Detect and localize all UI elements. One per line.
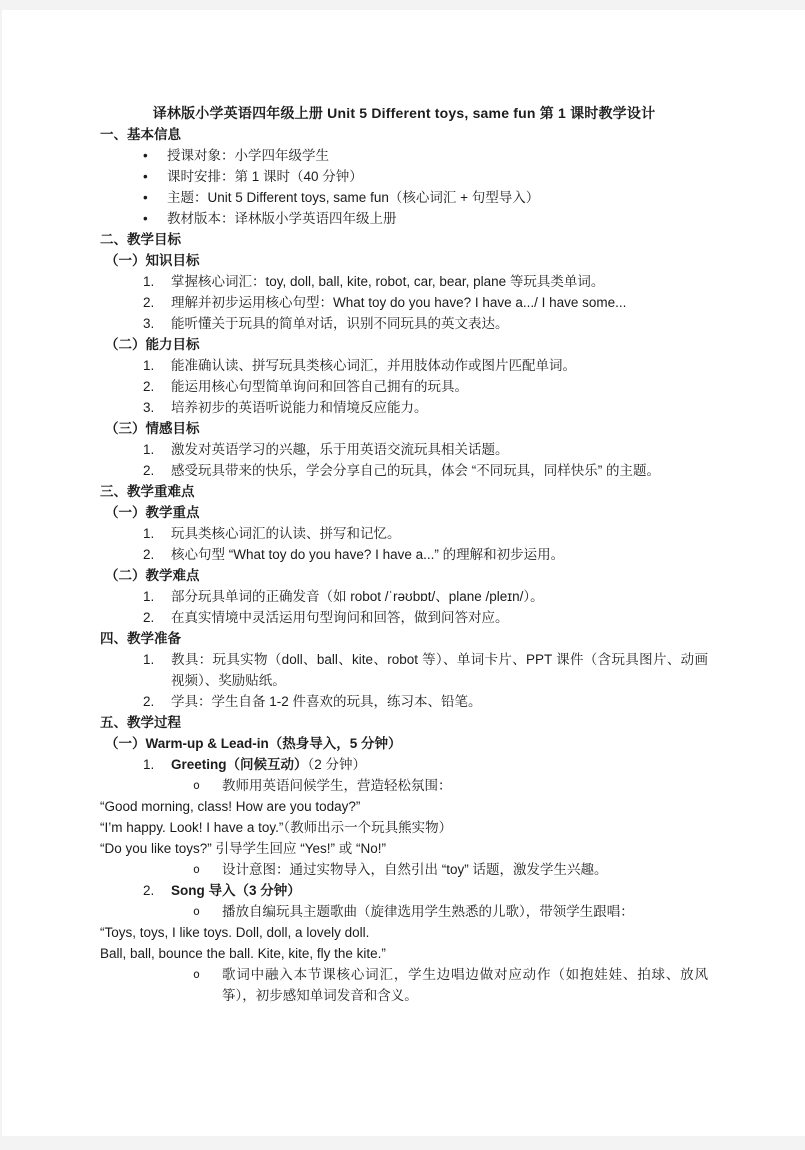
numbered-item: 2. 在真实情境中灵活运用句型询问和回答，做到问答对应。: [100, 607, 708, 628]
sub-item: o 设计意图：通过实物导入，自然引出 “toy” 话题，激发学生兴趣。: [100, 859, 708, 880]
numbered-item: 1. 掌握核心词汇：toy, doll, ball, kite, robot, …: [100, 271, 708, 292]
item-number: 3.: [143, 313, 171, 334]
subsection-heading-ability-goals: （二）能力目标: [100, 334, 708, 355]
numbered-item: 2. 能运用核心句型简单询问和回答自己拥有的玩具。: [100, 376, 708, 397]
numbered-item: 3. 培养初步的英语听说能力和情境反应能力。: [100, 397, 708, 418]
item-number: 2.: [143, 691, 171, 712]
item-number: 1.: [143, 523, 171, 544]
numbered-item: 3. 能听懂关于玩具的简单对话，识别不同玩具的英文表达。: [100, 313, 708, 334]
numbered-item-text: 在真实情境中灵活运用句型询问和回答，做到问答对应。: [171, 607, 708, 628]
doc-title: 译林版小学英语四年级上册 Unit 5 Different toys, same…: [100, 103, 708, 124]
sub-item-text: 设计意图：通过实物导入，自然引出 “toy” 话题，激发学生兴趣。: [222, 859, 708, 880]
item-number: 2.: [143, 292, 171, 313]
subsection-heading-key-points: （一）教学重点: [100, 502, 708, 523]
numbered-item: 2. 感受玩具带来的快乐，学会分享自己的玩具，体会 “不同玩具，同样快乐” 的主…: [100, 460, 708, 481]
step-title-bold: Song 导入（3 分钟）: [171, 883, 301, 898]
item-number: 1.: [143, 649, 171, 691]
quote-line: “Toys, toys, I like toys. Doll, doll, a …: [100, 922, 708, 943]
quote-line: “Good morning, class! How are you today?…: [100, 796, 708, 817]
numbered-item: 2. 学具：学生自备 1-2 件喜欢的玩具，练习本、铅笔。: [100, 691, 708, 712]
numbered-item: 1. 部分玩具单词的正确发音（如 robot /ˈrəʊbɒt/、plane /…: [100, 586, 708, 607]
step-title-rest: （2 分钟）: [308, 757, 367, 772]
numbered-item-text: 激发对英语学习的兴趣，乐于用英语交流玩具相关话题。: [171, 439, 708, 460]
document-page: 译林版小学英语四年级上册 Unit 5 Different toys, same…: [2, 10, 805, 1136]
bullet-icon: •: [143, 208, 167, 229]
bullet-icon: •: [143, 187, 167, 208]
section-heading-key-difficult-points: 三、教学重难点: [100, 481, 708, 502]
numbered-item-text: 玩具类核心词汇的认读、拼写和记忆。: [171, 523, 708, 544]
step-title-bold: Greeting（问候互动）: [171, 757, 308, 772]
bullet-item: • 课时安排：第 1 课时（40 分钟）: [100, 166, 708, 187]
numbered-step: 2. Song 导入（3 分钟）: [100, 880, 708, 901]
item-number: 2.: [143, 376, 171, 397]
sub-item: o 歌词中融入本节课核心词汇，学生边唱边做对应动作（如抱娃娃、拍球、放风筝），初…: [100, 964, 708, 1006]
bullet-item: • 主题：Unit 5 Different toys, same fun（核心词…: [100, 187, 708, 208]
bullet-item: • 教材版本：译林版小学英语四年级上册: [100, 208, 708, 229]
bullet-item-text: 授课对象：小学四年级学生: [167, 145, 708, 166]
sub-item-text: 教师用英语问候学生，营造轻松氛围：: [222, 775, 708, 796]
quote-line: Ball, ball, bounce the ball. Kite, kite,…: [100, 943, 708, 964]
numbered-item-text: 能运用核心句型简单询问和回答自己拥有的玩具。: [171, 376, 708, 397]
bullet-item-text: 主题：Unit 5 Different toys, same fun（核心词汇 …: [167, 187, 708, 208]
quote-line: “Do you like toys?” 引导学生回应 “Yes!” 或 “No!…: [100, 838, 708, 859]
numbered-step: 1. Greeting（问候互动）（2 分钟）: [100, 754, 708, 775]
numbered-item: 1. 玩具类核心词汇的认读、拼写和记忆。: [100, 523, 708, 544]
item-number: 1.: [143, 355, 171, 376]
item-number: 2.: [143, 607, 171, 628]
subsection-heading-emotion-goals: （三）情感目标: [100, 418, 708, 439]
document-content: 译林版小学英语四年级上册 Unit 5 Different toys, same…: [2, 10, 805, 1006]
subsection-heading-difficult-points: （二）教学难点: [100, 565, 708, 586]
circle-marker: o: [193, 775, 222, 796]
numbered-item-text: 学具：学生自备 1-2 件喜欢的玩具，练习本、铅笔。: [171, 691, 708, 712]
numbered-item-text: 能准确认读、拼写玩具类核心词汇，并用肢体动作或图片匹配单词。: [171, 355, 708, 376]
item-number: 2.: [143, 460, 171, 481]
section-heading-teaching-goals: 二、教学目标: [100, 229, 708, 250]
bullet-icon: •: [143, 145, 167, 166]
subsection-heading-warmup-leadin: （一）Warm-up & Lead-in（热身导入，5 分钟）: [100, 733, 708, 754]
item-number: 1.: [143, 439, 171, 460]
numbered-item-text: 能听懂关于玩具的简单对话，识别不同玩具的英文表达。: [171, 313, 708, 334]
numbered-item-text: 掌握核心词汇：toy, doll, ball, kite, robot, car…: [171, 271, 708, 292]
step-title: Song 导入（3 分钟）: [171, 880, 708, 901]
numbered-item-text: 感受玩具带来的快乐，学会分享自己的玩具，体会 “不同玩具，同样快乐” 的主题。: [171, 460, 708, 481]
numbered-item: 1. 能准确认读、拼写玩具类核心词汇，并用肢体动作或图片匹配单词。: [100, 355, 708, 376]
subsection-heading-knowledge-goals: （一）知识目标: [100, 250, 708, 271]
item-number: 1.: [143, 754, 171, 775]
item-number: 2.: [143, 880, 171, 901]
sub-item: o 教师用英语问候学生，营造轻松氛围：: [100, 775, 708, 796]
section-heading-teaching-process: 五、教学过程: [100, 712, 708, 733]
circle-marker: o: [193, 901, 222, 922]
numbered-item: 1. 激发对英语学习的兴趣，乐于用英语交流玩具相关话题。: [100, 439, 708, 460]
section-heading-teaching-preparation: 四、教学准备: [100, 628, 708, 649]
item-number: 1.: [143, 271, 171, 292]
numbered-item: 2. 核心句型 “What toy do you have? I have a.…: [100, 544, 708, 565]
section-heading-basic-info: 一、基本信息: [100, 124, 708, 145]
sub-item-text: 播放自编玩具主题歌曲（旋律选用学生熟悉的儿歌），带领学生跟唱：: [222, 901, 708, 922]
bullet-item-text: 教材版本：译林版小学英语四年级上册: [167, 208, 708, 229]
quote-line: “I’m happy. Look! I have a toy.”（教师出示一个玩…: [100, 817, 708, 838]
bullet-item: • 授课对象：小学四年级学生: [100, 145, 708, 166]
numbered-item-text: 部分玩具单词的正确发音（如 robot /ˈrəʊbɒt/、plane /ple…: [171, 586, 708, 607]
numbered-item: 2. 理解并初步运用核心句型：What toy do you have? I h…: [100, 292, 708, 313]
step-title: Greeting（问候互动）（2 分钟）: [171, 754, 708, 775]
sub-item: o 播放自编玩具主题歌曲（旋律选用学生熟悉的儿歌），带领学生跟唱：: [100, 901, 708, 922]
numbered-item-text: 教具：玩具实物（doll、ball、kite、robot 等）、单词卡片、PPT…: [171, 649, 708, 691]
numbered-item: 1. 教具：玩具实物（doll、ball、kite、robot 等）、单词卡片、…: [100, 649, 708, 691]
document-viewer: 译林版小学英语四年级上册 Unit 5 Different toys, same…: [0, 0, 805, 1150]
circle-marker: o: [193, 859, 222, 880]
numbered-item-text: 理解并初步运用核心句型：What toy do you have? I have…: [171, 292, 708, 313]
numbered-item-text: 核心句型 “What toy do you have? I have a...”…: [171, 544, 708, 565]
numbered-item-text: 培养初步的英语听说能力和情境反应能力。: [171, 397, 708, 418]
circle-marker: o: [193, 964, 222, 1006]
sub-item-text: 歌词中融入本节课核心词汇，学生边唱边做对应动作（如抱娃娃、拍球、放风筝），初步感…: [222, 964, 708, 1006]
item-number: 1.: [143, 586, 171, 607]
bullet-item-text: 课时安排：第 1 课时（40 分钟）: [167, 166, 708, 187]
item-number: 3.: [143, 397, 171, 418]
item-number: 2.: [143, 544, 171, 565]
bullet-icon: •: [143, 166, 167, 187]
